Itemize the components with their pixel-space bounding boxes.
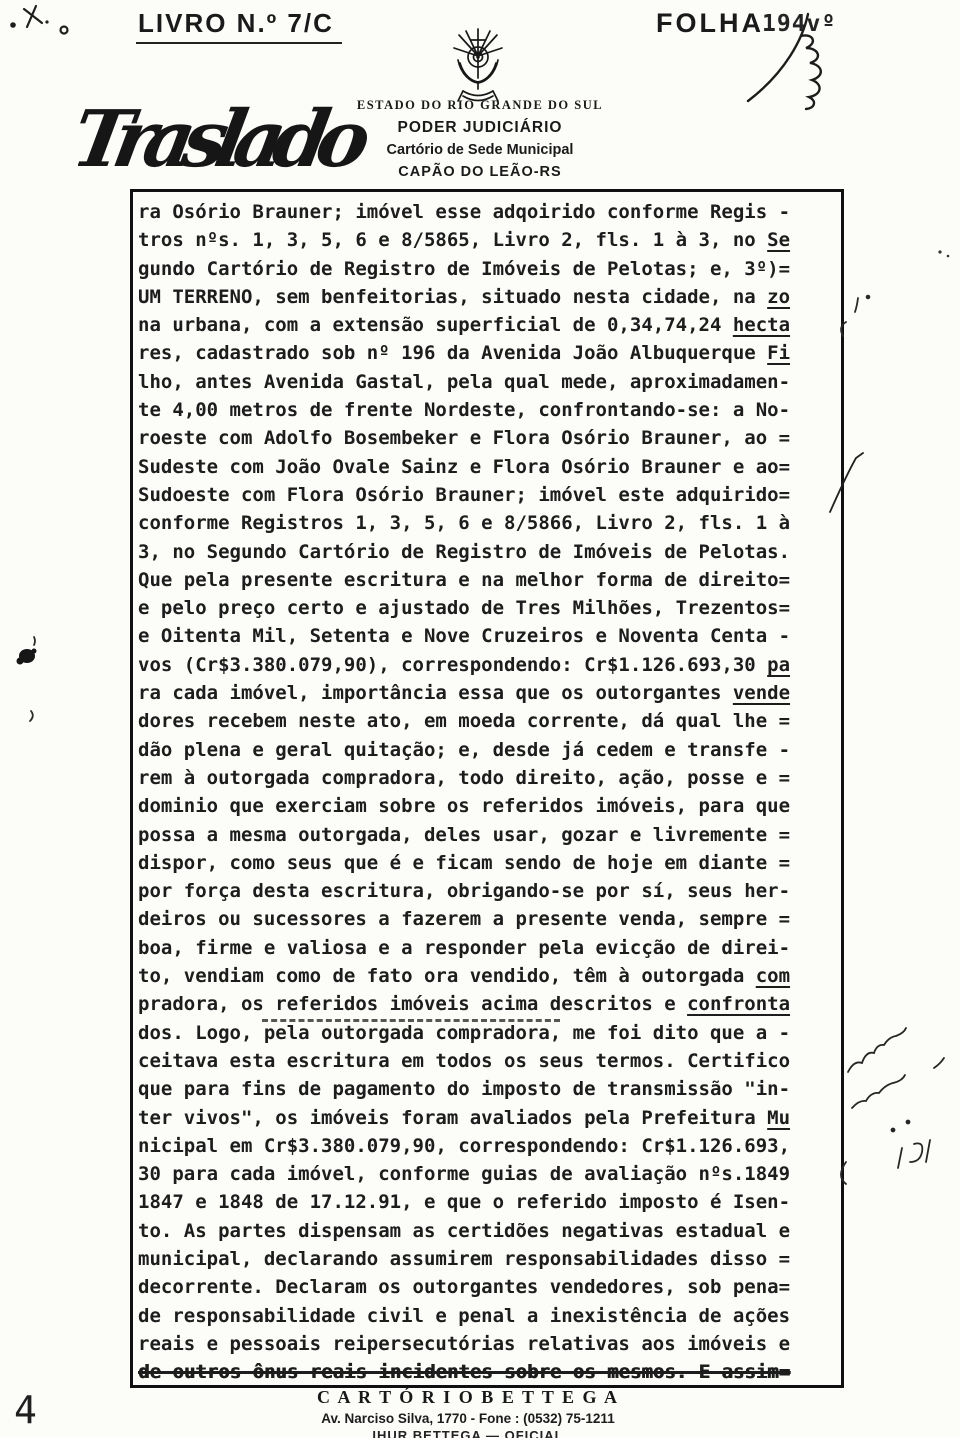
ink-dot — [45, 20, 48, 23]
document-line: ra cada imóvel, importância essa que os … — [138, 679, 841, 707]
ink-dot — [10, 22, 16, 28]
document-line: 3, no Segundo Cartório de Registro de Im… — [138, 538, 841, 566]
document-line: que para fins de pagamento do imposto de… — [138, 1075, 841, 1103]
document-line: pradora, os referidos imóveis acima desc… — [138, 990, 841, 1018]
document-line: na urbana, com a extensão superficial de… — [138, 311, 841, 339]
book-number: LIVRO N.º 7/C — [136, 8, 342, 44]
document-line: gundo Cartório de Registro de Imóveis de… — [138, 255, 841, 283]
document-line: Sudoeste com Flora Osório Brauner; imóve… — [138, 481, 841, 509]
document-line: dos. Logo, pela outorgada compradora, me… — [138, 1019, 841, 1047]
letterhead-office: Cartório de Sede Municipal — [355, 141, 605, 159]
traslado-script: Traslado — [78, 80, 388, 190]
document-line: to, vendiam como de fato ora vendido, tê… — [138, 962, 841, 990]
letterhead-city: CAPÃO DO LEÃO-RS — [355, 163, 605, 181]
document-line: dores recebem neste ato, em moeda corren… — [138, 707, 841, 735]
document-line: Sudeste com João Ovale Sainz e Flora Osó… — [138, 453, 841, 481]
document-line: lho, antes Avenida Gastal, pela qual med… — [138, 368, 841, 396]
document-line: res, cadastrado sob nº 196 da Avenida Jo… — [138, 339, 841, 367]
document-line: decorrente. Declaram os outorgantes vend… — [138, 1273, 841, 1301]
book-number-value: 7/C — [287, 8, 333, 38]
document-line: nicipal em Cr$3.380.079,90, corresponden… — [138, 1132, 841, 1160]
footer-cartorio-name: C A R T Ó R I O B E T T E G A — [118, 1387, 818, 1408]
document-line: ra Osório Brauner; imóvel esse adqoirido… — [138, 198, 841, 226]
document-line: deiros ou sucessores a fazerem a present… — [138, 905, 841, 933]
typed-correction-dashes — [262, 1019, 560, 1022]
folio-label: FOLHA — [656, 8, 764, 39]
traslado-script-text: Traslado — [78, 93, 378, 185]
document-line: conforme Registros 1, 3, 5, 6 e 8/5866, … — [138, 509, 841, 537]
document-line: Que pela presente escritura e na melhor … — [138, 566, 841, 594]
document-line: por força desta escritura, obrigando-se … — [138, 877, 841, 905]
document-line: de outros ônus reais incidentes sobre os… — [138, 1358, 841, 1386]
footer-official-name: IHUR BETTEGA — OFICIAL — [118, 1428, 818, 1438]
document-line: de responsabilidade civil e penal a inex… — [138, 1302, 841, 1330]
document-line: municipal, declarando assumirem responsa… — [138, 1245, 841, 1273]
book-number-label: LIVRO N.º — [138, 8, 278, 38]
document-line: dão plena e geral quitação; e, desde já … — [138, 736, 841, 764]
document-line: UM TERRENO, sem benfeitorias, situado ne… — [138, 283, 841, 311]
document-line: ceitava esta escritura em todos os seus … — [138, 1047, 841, 1075]
folio-number: 194vº — [762, 11, 836, 37]
document-line: reais e pessoais reipersecutórias relati… — [138, 1330, 841, 1358]
margin-scribble-annotation — [841, 1028, 944, 1184]
document-line: dispor, como seus que é e ficam sendo de… — [138, 849, 841, 877]
ink-speck-cluster — [24, 6, 68, 34]
document-line: tros nºs. 1, 3, 5, 6 e 8/5865, Livro 2, … — [138, 226, 841, 254]
footer: C A R T Ó R I O B E T T E G A Av. Narcis… — [118, 1387, 818, 1438]
scanned-document-page: LIVRO N.º 7/C FOLHA 194vº ESTADO DO RIO … — [0, 0, 960, 1438]
document-line: rem à outorgada compradora, todo direito… — [138, 764, 841, 792]
document-line: ter vivos", os imóveis foram avaliados p… — [138, 1104, 841, 1132]
letterhead-state: ESTADO DO RIO GRANDE DO SUL — [355, 98, 605, 114]
document-line: e pelo preço certo e ajustado de Tres Mi… — [138, 594, 841, 622]
letterhead: ESTADO DO RIO GRANDE DO SUL PODER JUDICI… — [355, 98, 605, 181]
document-line: e Oitenta Mil, Setenta e Nove Cruzeiros … — [138, 622, 841, 650]
document-line: 1847 e 1848 de 17.12.91, e que o referid… — [138, 1188, 841, 1216]
footer-address: Av. Narciso Silva, 1770 - Fone : (0532) … — [118, 1411, 818, 1426]
ink-dot — [938, 250, 941, 253]
document-line: dominio que exerciam sobre os referidos … — [138, 792, 841, 820]
document-line: roeste com Adolfo Bosembeker e Flora Osó… — [138, 424, 841, 452]
document-line: to. As partes dispensam as certidões neg… — [138, 1217, 841, 1245]
document-line: boa, firme e valiosa e a responder pela … — [138, 934, 841, 962]
letterhead-branch: PODER JUDICIÁRIO — [355, 118, 605, 137]
document-line: vos (Cr$3.380.079,90), correspondendo: C… — [138, 651, 841, 679]
page-number: 4 — [14, 1388, 37, 1432]
ink-dot — [947, 255, 950, 258]
left-margin-ink-blob — [17, 649, 37, 665]
document-lines: ra Osório Brauner; imóvel esse adqoirido… — [138, 198, 841, 1386]
document-text-box: ra Osório Brauner; imóvel esse adqoirido… — [130, 189, 844, 1388]
document-line: possa a mesma outorgada, deles usar, goz… — [138, 821, 841, 849]
document-line: te 4,00 metros de frente Nordeste, confr… — [138, 396, 841, 424]
margin-mark-top-right — [841, 296, 869, 336]
document-line: 30 para cada imóvel, conforme guias de a… — [138, 1160, 841, 1188]
left-margin-commas — [30, 637, 35, 721]
